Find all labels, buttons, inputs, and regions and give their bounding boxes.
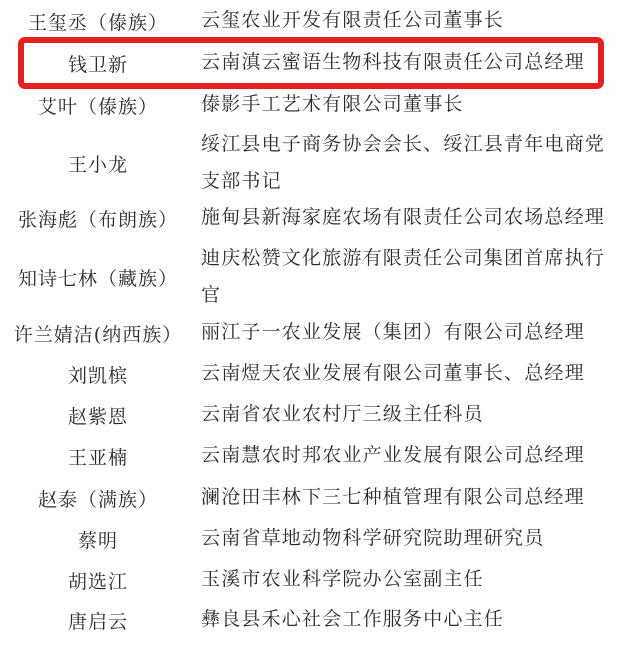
person-title: 云南煜天农业发展有限公司董事长、总经理	[201, 355, 621, 392]
person-title: 施甸县新海家庭农场有限责任公司农场总经理	[201, 199, 621, 236]
person-name: 唐启云	[0, 607, 196, 634]
person-title: 云南滇云蜜语生物科技有限责任公司总经理	[201, 44, 621, 81]
person-title: 迪庆松赞文化旅游有限责任公司集团首席执行官	[201, 240, 621, 314]
person-name: 刘凯槟	[0, 361, 196, 388]
person-name: 艾叶（傣族）	[0, 92, 196, 119]
person-title: 云南省草地动物科学研究院助理研究员	[201, 520, 621, 557]
person-title: 彝良县禾心社会工作服务中心主任	[201, 601, 621, 638]
person-name: 王小龙	[0, 150, 196, 177]
person-name: 蔡明	[0, 526, 196, 553]
person-title: 云南慧农时邦农业产业发展有限公司总经理	[201, 437, 621, 474]
person-title: 傣影手工艺术有限公司董事长	[201, 86, 621, 123]
person-title: 丽江子一农业发展（集团）有限公司总经理	[201, 314, 621, 351]
person-title: 澜沧田丰林下三七种植管理有限公司总经理	[201, 479, 621, 516]
person-name: 钱卫新	[0, 50, 196, 77]
person-name: 赵泰（满族）	[0, 485, 196, 512]
person-name: 知诗七林（藏族）	[0, 264, 196, 291]
person-title: 云玺农业开发有限责任公司董事长	[201, 2, 621, 39]
person-name: 王亚楠	[0, 443, 196, 470]
person-title: 玉溪市农业科学院办公室副主任	[201, 561, 621, 598]
person-name: 张海彪（布朗族）	[0, 205, 196, 232]
person-name: 许兰婧洁(纳西族）	[0, 320, 196, 347]
person-name: 胡选江	[0, 567, 196, 594]
person-name: 赵紫恩	[0, 402, 196, 429]
person-title: 绥江县电子商务协会会长、绥江县青年电商党支部书记	[201, 126, 621, 200]
person-title: 云南省农业农村厅三级主任科员	[201, 396, 621, 433]
person-name: 王玺丞（傣族）	[0, 8, 196, 35]
